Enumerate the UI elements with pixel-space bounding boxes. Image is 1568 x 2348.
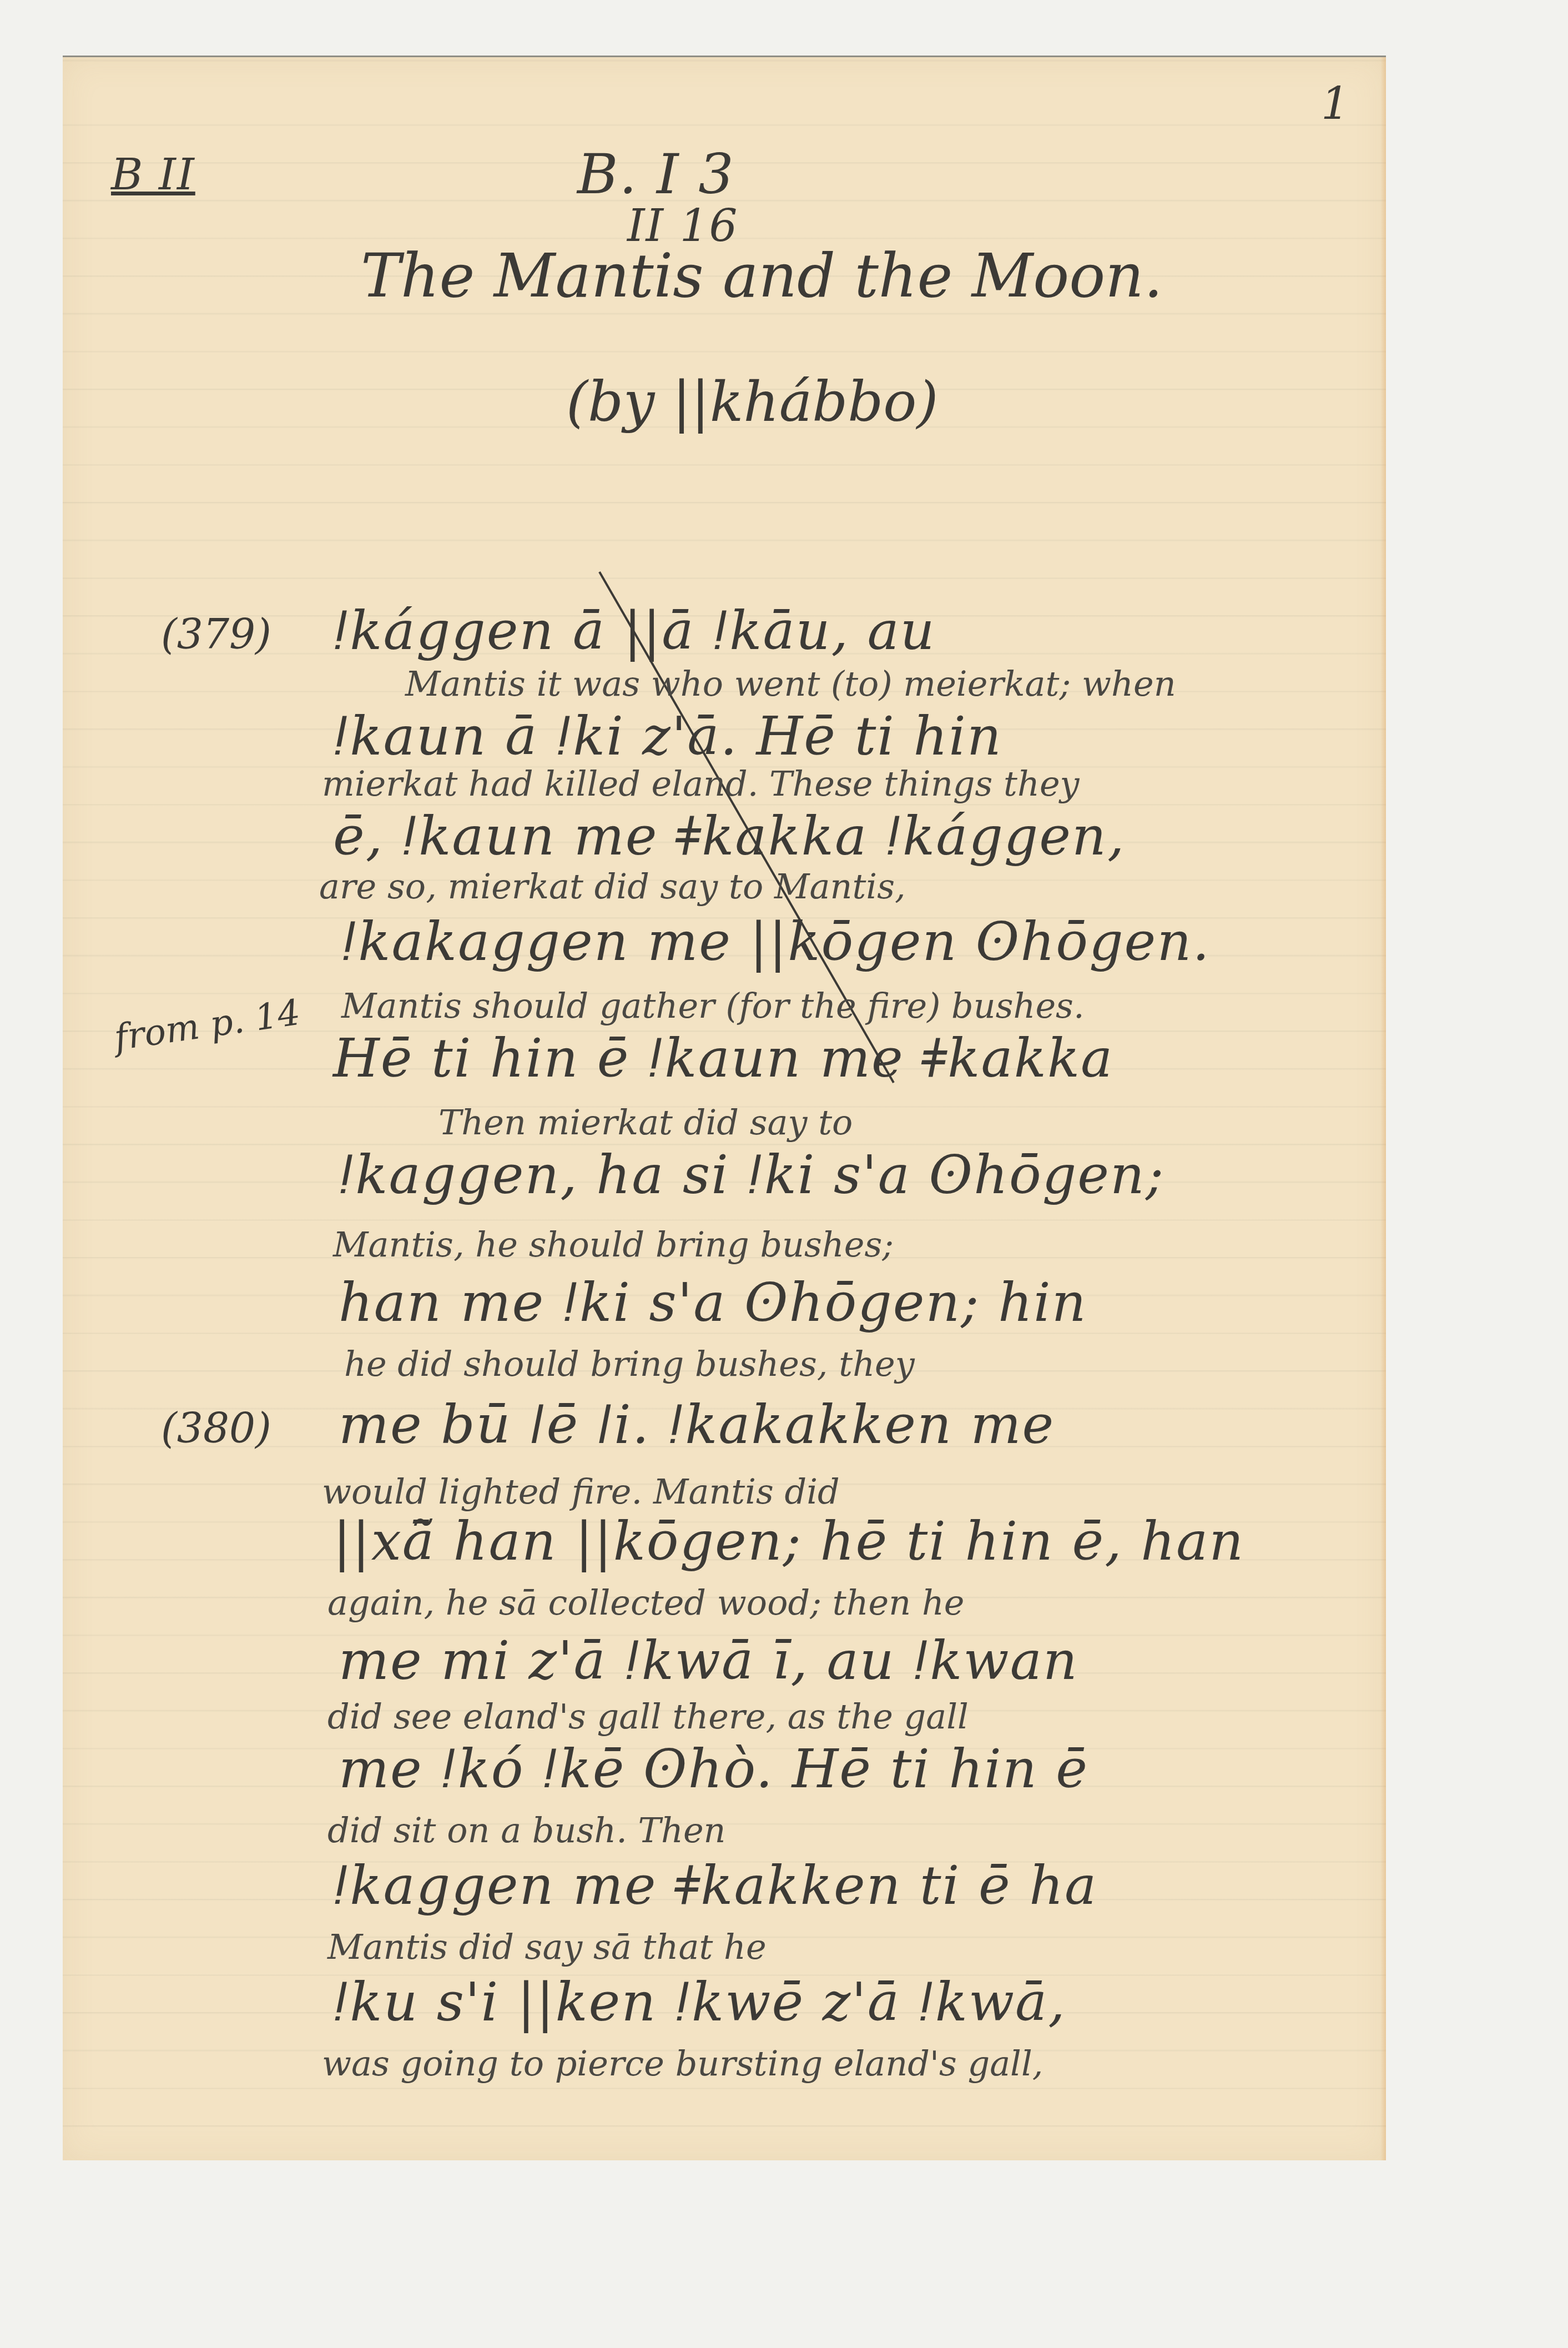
xam-line: ē, ǃkaun me ǂkakka ǃkággen,: [333, 805, 1125, 867]
xam-line: me ǃkó ǃkē ʘhò. Hē ti hin ē: [339, 1738, 1088, 1800]
xam-line: ǃkaun ā ǃki z'ā. Hē ti hin: [333, 705, 1002, 767]
translation-line: did sit on a bush. Then: [327, 1810, 726, 1851]
translation-line: mierkat had killed eland. These things t…: [322, 763, 1080, 804]
xam-line: ǃkakaggen me ||kōgen ʘhōgen.: [341, 911, 1211, 973]
xam-line: ǃkaggen me ǂkakken ti ē ha: [333, 1854, 1097, 1917]
page-title: The Mantis and the Moon.: [361, 242, 1163, 311]
translation-line: are so, mierkat did say to Mantis,: [319, 866, 906, 907]
author-line: (by ||khábbo): [566, 369, 939, 434]
translation-line: again, he sā collected wood; then he: [327, 1582, 965, 1623]
xam-line: me mi z'ā ǃkwā ī, au ǃkwan: [339, 1630, 1078, 1692]
translation-line: would lighted fire. Mantis did: [322, 1471, 840, 1512]
xam-line: Hē ti hin ē ǃkaun me ǂkakka: [333, 1027, 1113, 1089]
reference-line-1: B. I 3: [577, 142, 735, 207]
shelf-mark: B II: [111, 150, 195, 200]
translation-line: Mantis did say sā that he: [327, 1927, 767, 1967]
page-number: 1: [1321, 78, 1349, 129]
xam-line: ||xā̃ han ||kōgen; hē ti hin ē, han: [333, 1510, 1244, 1572]
line-number-380: (380): [161, 1405, 271, 1452]
xam-line: ǃku s'i ||ken ǃkwē z'ā ǃkwā,: [333, 1971, 1066, 2033]
translation-line: Mantis should gather (for the fire) bush…: [341, 986, 1085, 1026]
translation-line: Then mierkat did say to: [438, 1102, 853, 1143]
translation-line: Mantis, he should bring bushes;: [333, 1224, 894, 1265]
xam-line: me bū ǀē ǀi. ǃkakakken me: [339, 1394, 1055, 1456]
translation-line: Mantis it was who went (to) meierkat; wh…: [405, 663, 1176, 704]
translation-line: was going to pierce bursting eland's gal…: [322, 2043, 1043, 2084]
translation-line: he did should bring bushes, they: [344, 1344, 915, 1384]
xam-line: han me ǃki s'a ʘhōgen; hin: [339, 1271, 1087, 1334]
translation-line: did see eland's gall there, as the gall: [327, 1696, 969, 1737]
xam-line: ǃkaggen, ha si ǃki s'a ʘhōgen;: [339, 1144, 1164, 1206]
xam-line: ǃkággen ā ||ā ǃkāu, au: [333, 600, 936, 662]
line-number-379: (379): [161, 611, 271, 658]
